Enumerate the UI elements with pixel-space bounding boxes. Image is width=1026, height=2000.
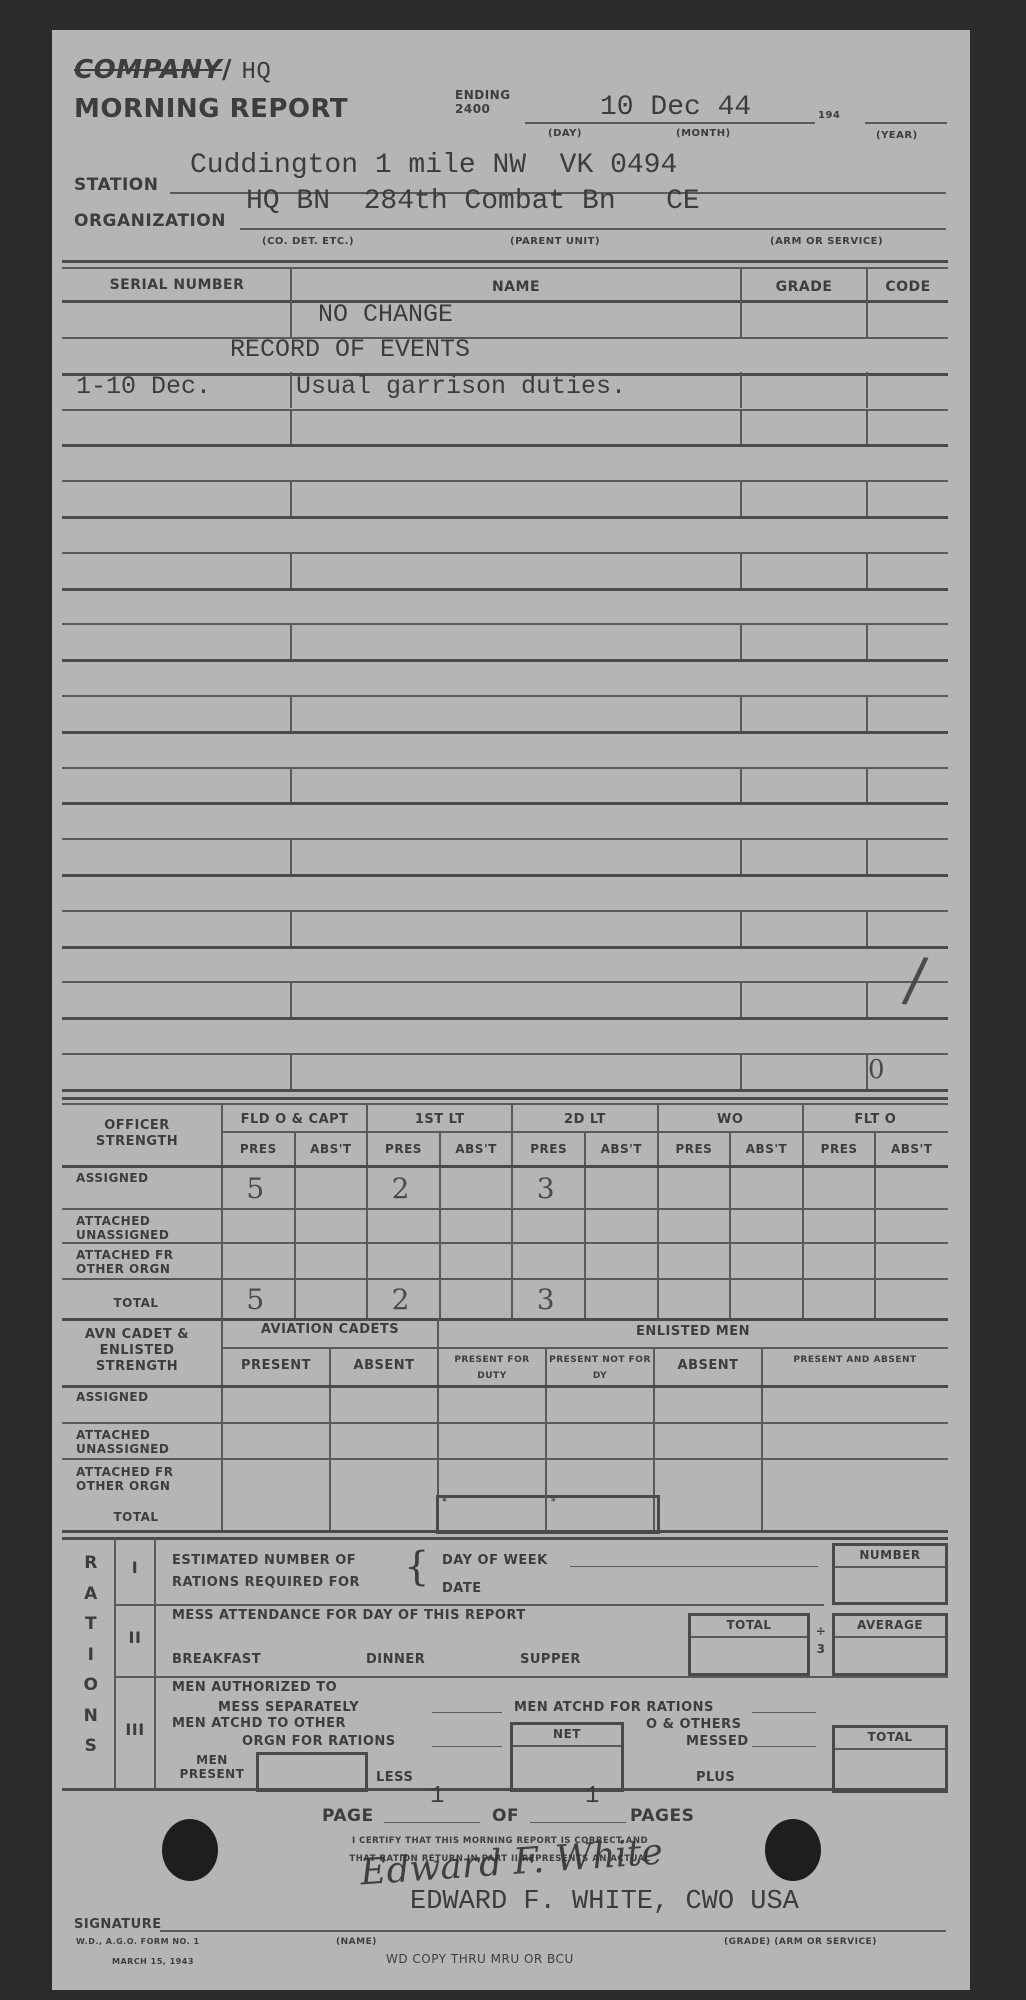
rations-i-line2: RATIONS REQUIRED FOR — [172, 1575, 360, 1590]
officer-subheader: PRES — [367, 1142, 440, 1156]
divider-grade — [740, 480, 742, 516]
officer-top-rule — [62, 1097, 948, 1100]
divider-grade — [740, 910, 742, 946]
year-prefix: 194 — [818, 110, 840, 121]
organization-field[interactable]: HQ BN 284th Combat Bn CE — [246, 186, 700, 217]
rations-side-letter: A — [76, 1579, 106, 1610]
net-label: NET — [513, 1727, 621, 1741]
ruled-line — [62, 731, 948, 734]
officer-group-divider — [802, 1103, 804, 1318]
divider-code — [866, 409, 868, 445]
ruled-line — [62, 910, 948, 912]
grade-caption: (GRADE) (ARM OR SERVICE) — [724, 1937, 877, 1947]
atchd-other-line2: ORGN FOR RATIONS — [242, 1734, 396, 1749]
aviation-cadets-header: AVIATION CADETS — [222, 1322, 438, 1337]
roster-top-rule — [62, 260, 948, 263]
officer-row-rule — [62, 1242, 948, 1244]
page-label: PAGE — [322, 1806, 374, 1826]
divider-serial — [290, 981, 292, 1017]
rations-top-rule — [62, 1537, 948, 1540]
ruled-line — [62, 1053, 948, 1055]
parent-unit-caption: (PARENT UNIT) — [510, 236, 600, 247]
officer-group-header: WO — [658, 1112, 803, 1127]
enlisted-col-divider — [329, 1347, 331, 1530]
ruled-line — [62, 588, 948, 591]
company-label-struck: COMPANY — [74, 55, 222, 85]
breakfast-label: BREAKFAST — [172, 1652, 261, 1667]
pages-label: PAGES — [630, 1806, 694, 1826]
divider-serial — [290, 409, 292, 445]
less-label: LESS — [376, 1770, 413, 1785]
ruled-line — [62, 409, 948, 411]
divider-code — [866, 838, 868, 874]
roster-top-rule-2 — [62, 267, 948, 269]
ruled-line — [62, 946, 948, 949]
officer-subheader: PRES — [658, 1142, 731, 1156]
divider-code — [866, 552, 868, 588]
atchd-for-rations-field[interactable] — [752, 1712, 816, 1713]
enlisted-row-rule — [62, 1458, 948, 1460]
officer-subheader: PRES — [803, 1142, 876, 1156]
officer-subheader: ABS'T — [585, 1142, 658, 1156]
officer-cell[interactable]: 3 — [512, 1280, 579, 1320]
event-date: 1-10 Dec. — [76, 372, 211, 401]
officer-sub-divider — [294, 1131, 296, 1318]
date-field[interactable]: 10 Dec 44 — [600, 92, 751, 123]
name-caption: (NAME) — [336, 1937, 377, 1947]
year-caption: (YEAR) — [876, 130, 918, 141]
officer-group-header: 2D LT — [512, 1112, 657, 1127]
officer-row-rule — [62, 1165, 948, 1168]
divider-grade — [740, 409, 742, 445]
enlisted-col-divider — [761, 1347, 763, 1530]
average-label: AVERAGE — [835, 1618, 945, 1632]
punch-hole-left — [162, 1819, 218, 1881]
page-value[interactable]: 1 — [430, 1783, 444, 1810]
pages-value[interactable]: 1 — [585, 1783, 599, 1810]
header-row-rule — [62, 300, 948, 303]
officer-cell[interactable]: 2 — [367, 1167, 434, 1210]
officer-subheader: PRES — [512, 1142, 585, 1156]
ruled-line — [62, 874, 948, 877]
enlisted-subheader: PRESENT FOR DUTY — [438, 1352, 546, 1384]
divider-grade — [740, 767, 742, 803]
year-underline — [865, 122, 947, 124]
enlisted-row-label: ASSIGNED — [76, 1390, 216, 1404]
divider-serial — [290, 267, 292, 337]
ruled-line — [62, 480, 948, 482]
record-of-events-heading: RECORD OF EVENTS — [230, 335, 470, 364]
divider-code — [866, 623, 868, 659]
month-caption: (MONTH) — [676, 128, 731, 139]
rations-total-label: TOTAL — [835, 1730, 945, 1744]
divider-code — [866, 910, 868, 946]
o-others-field[interactable] — [752, 1746, 816, 1747]
officer-sub-divider — [439, 1131, 441, 1318]
company-value: HQ — [242, 59, 272, 86]
divisor-value: 3 — [812, 1640, 830, 1658]
ruled-line — [62, 838, 948, 840]
rations-bottom-rule — [62, 1788, 948, 1791]
enlisted-subheader: PRESENT AND ABSENT — [762, 1352, 948, 1368]
total-box-mark: * — [442, 1497, 447, 1507]
number-label: NUMBER — [835, 1548, 945, 1562]
enlisted-row-label: TOTAL — [76, 1510, 196, 1524]
officer-subheader-rule — [222, 1131, 948, 1133]
officer-row-label: TOTAL — [76, 1296, 196, 1310]
ruled-line — [62, 337, 948, 339]
mess-total-label: TOTAL — [691, 1618, 807, 1632]
divider-grade — [740, 623, 742, 659]
officer-row-rule — [62, 1278, 948, 1280]
ruled-line — [62, 552, 948, 554]
ruled-line — [62, 981, 948, 983]
day-caption: (DAY) — [548, 128, 582, 139]
ruled-line — [62, 623, 948, 625]
divide-icon: ÷ — [812, 1622, 830, 1640]
rations-side-letter: S — [76, 1731, 106, 1762]
day-of-week-label: DAY OF WEEK — [442, 1553, 548, 1568]
station-label: STATION — [74, 175, 158, 195]
divider-code — [866, 767, 868, 803]
average-rule — [835, 1636, 945, 1638]
officer-subheader: ABS'T — [875, 1142, 948, 1156]
divider-serial — [290, 695, 292, 731]
co-caption: (CO. DET. ETC.) — [262, 236, 354, 247]
officer-group-header: 1ST LT — [367, 1112, 512, 1127]
officer-row-rule — [62, 1318, 948, 1321]
margin-mark-zero: 0 — [868, 1055, 885, 1085]
o-others-line1: O & OTHERS — [646, 1717, 742, 1732]
plus-label: PLUS — [696, 1770, 735, 1785]
enlisted-col-divider — [221, 1318, 223, 1530]
men-present-line2: PRESENT — [160, 1767, 264, 1781]
enlisted-strength-title: AVN CADET & ENLISTED STRENGTH — [62, 1327, 212, 1375]
mess-separately-line2: MESS SEPARATELY — [218, 1700, 359, 1715]
of-label: OF — [492, 1806, 519, 1826]
ruled-line — [62, 1017, 948, 1020]
officer-strength-title: OFFICER STRENGTH — [62, 1118, 212, 1150]
divider-grade — [740, 981, 742, 1017]
divider-grade — [740, 1053, 742, 1089]
page-field-line — [384, 1822, 480, 1823]
men-present-box[interactable] — [256, 1752, 368, 1792]
enlisted-row-label: ATTACHED FR OTHER ORGN — [76, 1465, 216, 1493]
officer-row-label: ASSIGNED — [76, 1171, 216, 1185]
men-present-label: MEN PRESENT — [160, 1753, 264, 1781]
officer-subheader: PRES — [222, 1142, 295, 1156]
divider-serial — [290, 552, 292, 588]
officer-subheader: ABS'T — [730, 1142, 803, 1156]
divider-serial — [290, 910, 292, 946]
net-box-rule — [513, 1745, 621, 1747]
officer-row-label: ATTACHED FR OTHER ORGN — [76, 1248, 216, 1276]
officer-cell[interactable]: 5 — [222, 1280, 289, 1320]
officer-group-header: FLD O & CAPT — [222, 1112, 367, 1127]
enlisted-men-header: ENLISTED MEN — [438, 1324, 948, 1339]
atchd-for-rations-label: MEN ATCHD FOR RATIONS — [514, 1700, 714, 1715]
organization-underline — [240, 228, 946, 230]
form-title: MORNING REPORT — [74, 94, 348, 124]
rations-divider-2 — [154, 1537, 156, 1790]
divider-serial — [290, 767, 292, 803]
routing-note: WD COPY THRU MRU OR BCU — [386, 1952, 574, 1966]
officer-cell[interactable]: 2 — [367, 1280, 434, 1320]
rations-numeral-iii: III — [116, 1720, 154, 1739]
mess-total-rule — [691, 1636, 807, 1638]
roster-entry-name: NO CHANGE — [318, 300, 453, 329]
enlisted-total-highlight-box — [436, 1495, 660, 1534]
dinner-label: DINNER — [366, 1652, 425, 1667]
column-header-name: NAME — [292, 279, 740, 295]
enlisted-row-rule — [62, 1422, 948, 1424]
ruled-line — [62, 802, 948, 805]
men-present-line1: MEN — [160, 1753, 264, 1767]
divider-grade — [740, 695, 742, 731]
divider-code — [866, 695, 868, 731]
enlisted-subheader: PRESENT — [222, 1358, 330, 1374]
station-field[interactable]: Cuddington 1 mile NW VK 0494 — [190, 150, 677, 181]
enlisted-row-label: ATTACHED UNASSIGNED — [76, 1428, 216, 1456]
divider-code — [866, 981, 868, 1017]
atchd-other-field[interactable] — [432, 1746, 502, 1747]
officer-row-label: ATTACHED UNASSIGNED — [76, 1214, 216, 1242]
divider-serial — [290, 1053, 292, 1089]
mess-separately-line1: MEN AUTHORIZED TO — [172, 1680, 337, 1695]
divider-grade — [740, 267, 742, 337]
rations-i-line1: ESTIMATED NUMBER OF — [172, 1553, 356, 1568]
rations-side-letter: I — [76, 1640, 106, 1671]
form-id-line2: MARCH 15, 1943 — [112, 1957, 194, 1966]
ruled-line — [62, 659, 948, 662]
officer-row-rule — [62, 1208, 948, 1210]
signature-line — [160, 1930, 946, 1932]
divider-code — [866, 372, 868, 408]
rations-side-letter: O — [76, 1670, 106, 1701]
officer-sub-divider — [874, 1131, 876, 1318]
officer-sub-divider — [584, 1131, 586, 1318]
officer-sub-divider — [729, 1131, 731, 1318]
brace-icon: { — [404, 1544, 429, 1590]
officer-top-rule-2 — [62, 1103, 948, 1105]
number-box-rule — [835, 1566, 945, 1568]
column-header-grade: GRADE — [741, 279, 867, 295]
divider-grade — [740, 552, 742, 588]
morning-report-form — [52, 30, 970, 1990]
date-label: DATE — [442, 1581, 482, 1596]
ruled-line — [62, 767, 948, 769]
enlisted-subheader: PRESENT NOT FOR DY — [546, 1352, 654, 1384]
rations-numeral-ii: II — [116, 1628, 154, 1647]
column-header-serial: SERIAL NUMBER — [62, 277, 292, 293]
pages-field-line — [530, 1822, 626, 1823]
mess-attendance-title: MESS ATTENDANCE FOR DAY OF THIS REPORT — [172, 1608, 526, 1623]
form-id-line1: W.D., A.G.O. FORM NO. 1 — [76, 1937, 200, 1946]
ruled-line — [62, 695, 948, 697]
rations-ii-rule — [114, 1676, 948, 1678]
mess-separately-field[interactable] — [432, 1712, 502, 1713]
divider-grade — [740, 372, 742, 408]
officer-cell[interactable]: 3 — [512, 1167, 579, 1210]
rations-side-letter: T — [76, 1609, 106, 1640]
rations-total-rule — [835, 1748, 945, 1750]
atchd-other-line1: MEN ATCHD TO OTHER — [172, 1716, 346, 1731]
rations-side-label: RATIONS — [76, 1548, 106, 1762]
rations-i-rule — [114, 1604, 824, 1606]
arm-caption: (ARM OR SERVICE) — [770, 236, 883, 247]
company-label: COMPANY/ HQ — [74, 55, 271, 86]
divider-serial — [290, 480, 292, 516]
signature-label: SIGNATURE — [74, 1917, 162, 1932]
ruled-line — [62, 516, 948, 519]
divider-code — [866, 480, 868, 516]
company-slash: / — [222, 55, 232, 85]
divider-serial — [290, 372, 292, 408]
divider-serial — [290, 838, 292, 874]
divide-by-three: ÷ 3 — [812, 1622, 830, 1658]
ruled-line — [62, 1089, 948, 1092]
day-of-week-field[interactable] — [570, 1566, 818, 1567]
date-underline — [525, 122, 815, 124]
rations-side-letter: N — [76, 1701, 106, 1732]
o-others-line2: MESSED — [686, 1734, 749, 1749]
officer-group-header: FLT O — [803, 1112, 948, 1127]
ending-time: 2400 — [455, 102, 511, 116]
divider-code — [866, 267, 868, 337]
rations-side-letter: R — [76, 1548, 106, 1579]
officer-cell[interactable]: 5 — [222, 1167, 289, 1210]
ending-label: ENDING 2400 — [455, 88, 511, 116]
officer-group-divider — [657, 1103, 659, 1318]
enlisted-subheader: ABSENT — [330, 1358, 438, 1374]
total-box-mark: * — [551, 1497, 556, 1507]
divider-grade — [740, 838, 742, 874]
rations-numeral-i: I — [116, 1558, 154, 1577]
punch-hole-right — [765, 1819, 821, 1881]
column-header-code: CODE — [868, 279, 948, 295]
signer-typed-name: EDWARD F. WHITE, CWO USA — [410, 1887, 799, 1917]
supper-label: SUPPER — [520, 1652, 581, 1667]
divider-serial — [290, 623, 292, 659]
ruled-line — [62, 444, 948, 447]
enlisted-row-rule — [62, 1385, 948, 1388]
officer-subheader: ABS'T — [295, 1142, 368, 1156]
enlisted-total-box-divider — [545, 1495, 547, 1531]
event-text: Usual garrison duties. — [296, 372, 626, 401]
organization-label: ORGANIZATION — [74, 211, 226, 231]
officer-subheader: ABS'T — [440, 1142, 513, 1156]
enlisted-subheader: ABSENT — [654, 1358, 762, 1374]
ending-label-text: ENDING — [455, 88, 511, 102]
